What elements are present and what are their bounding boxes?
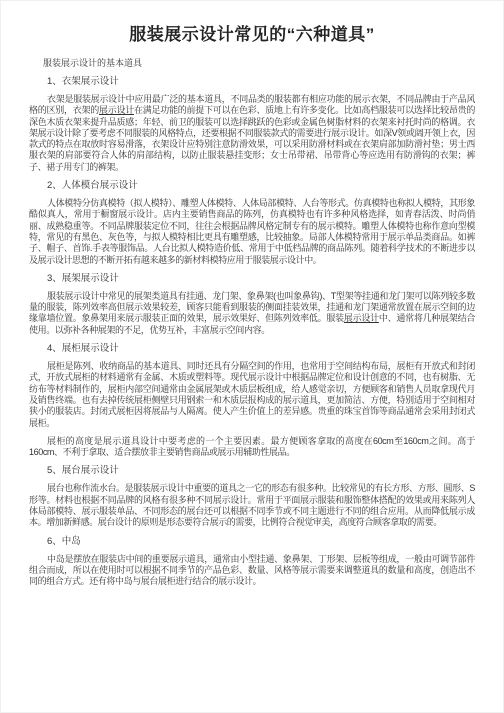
section-heading-4: 4、展柜展示设计 [29, 343, 475, 354]
section-hangers: 1、衣架展示设计 衣架是服装展示设计中应用最广泛的基本道具，不同品类的服装都有相… [29, 76, 475, 173]
paragraph: 服装展示设计中常见的展架类道具有挂通、龙门架、象鼻架(也叫象鼻钩)、T型架等挂通… [29, 291, 475, 336]
section-heading-2: 2、人体模台展示设计 [29, 180, 475, 191]
section-center-island: 6、中岛 中岛是摆放在服装店中间的重要展示道具，通常由小型挂通、象鼻架、丁形架、… [29, 536, 475, 588]
paragraph-text: 展柜的高度是展示道具设计中要考虑的一个主要因素。最方便顾客拿取的高度在60cm至… [29, 436, 475, 457]
paragraph: 展柜是陈列、收纳商品的基本道具、同时还具有分隔空间的作用，也常用于空间结构布局，… [29, 361, 475, 429]
section-heading-5: 5、展台展示设计 [29, 465, 475, 476]
paragraph: 人体模特分仿真模特（拟人模特）、雕塑人体模特、人体局部模特、人台等形式。仿真模特… [29, 198, 475, 266]
section-racks: 3、展架展示设计 服装展示设计中常见的展架类道具有挂通、龙门架、象鼻架(也叫象鼻… [29, 273, 475, 336]
section-heading-1: 1、衣架展示设计 [29, 76, 475, 87]
inline-link-display-design[interactable]: 展示设计 [99, 105, 134, 115]
inline-link-display-design[interactable]: 展示设计 [344, 313, 379, 323]
section-heading-6: 6、中岛 [29, 536, 475, 547]
paragraph: 衣架是服装展示设计中应用最广泛的基本道具，不同品类的服装都有相应功能的展示衣架，… [29, 94, 475, 173]
page-title: 服装展示设计常见的“六种道具” [29, 25, 475, 45]
document-page: { "colors": { "background": "#ffffff", "… [0, 0, 504, 713]
section-showcases: 4、展柜展示设计 展柜是陈列、收纳商品的基本道具、同时还具有分隔空间的作用，也常… [29, 343, 475, 458]
paragraph-text: 中岛是摆放在服装店中间的重要展示道具，通常由小型挂通、象鼻架、丁形架、层板等组成… [29, 554, 475, 587]
paragraph-text: 展柜是陈列、收纳商品的基本道具、同时还具有分隔空间的作用，也常用于空间结构布局，… [29, 361, 475, 427]
paragraph: 中岛是摆放在服装店中间的重要展示道具，通常由小型挂通、象鼻架、丁形架、层板等组成… [29, 554, 475, 588]
paragraph: 展台也称作流水台。是服装展示设计中重要的道具之一它的形态有很多种。比较常见的有长… [29, 483, 475, 528]
section-mannequins: 2、人体模台展示设计 人体模特分仿真模特（拟人模特）、雕塑人体模特、人体局部模特… [29, 180, 475, 266]
paragraph-text: 展台也称作流水台。是服装展示设计中重要的道具之一它的形态有很多种。比较常见的有长… [29, 483, 475, 527]
article-page: 服装展示设计常见的“六种道具” 服装展示设计的基本道具 1、衣架展示设计 衣架是… [1, 1, 503, 588]
section-display-tables: 5、展台展示设计 展台也称作流水台。是服装展示设计中重要的道具之一它的形态有很多… [29, 465, 475, 528]
article-intro: 服装展示设计的基本道具 [29, 58, 475, 69]
section-heading-3: 3、展架展示设计 [29, 273, 475, 284]
paragraph-text: 人体模特分仿真模特（拟人模特）、雕塑人体模特、人体局部模特、人台等形式。仿真模特… [29, 198, 475, 264]
paragraph: 展柜的高度是展示道具设计中要考虑的一个主要因素。最方便顾客拿取的高度在60cm至… [29, 436, 475, 459]
